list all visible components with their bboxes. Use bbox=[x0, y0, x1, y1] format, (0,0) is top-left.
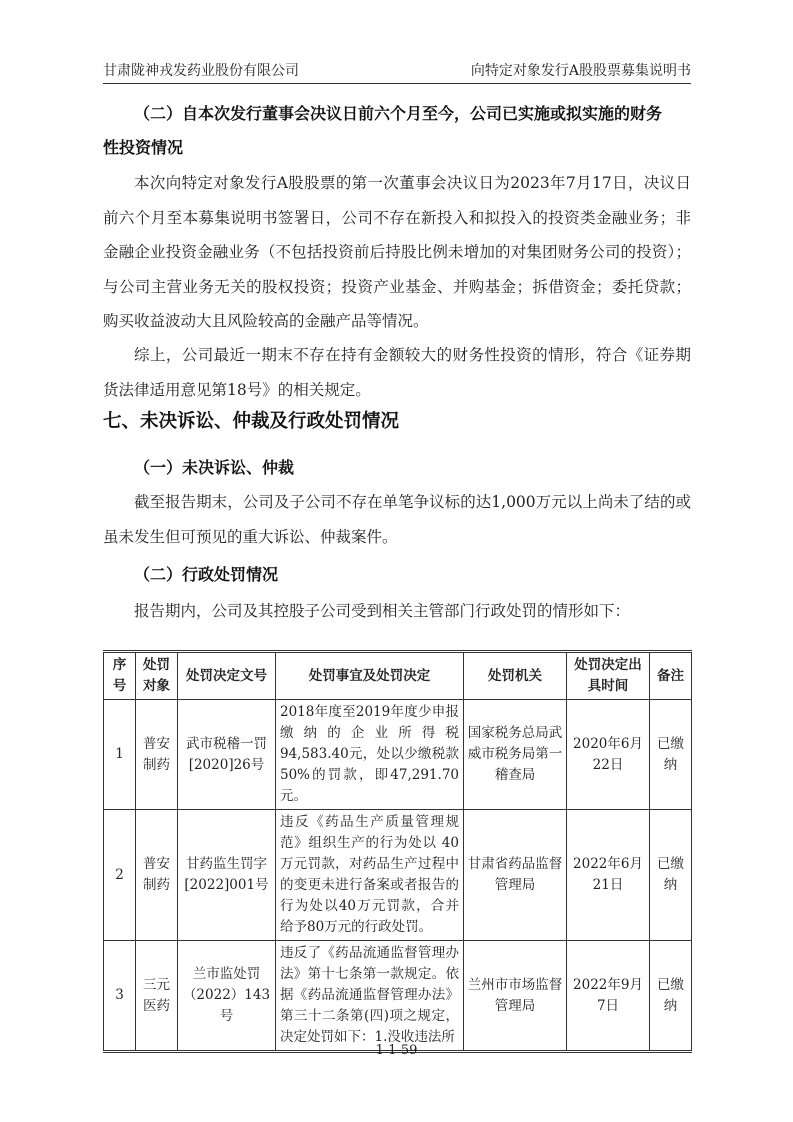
cell-no: 3 bbox=[104, 941, 136, 1052]
cell-doc-no: 甘药监生罚字[2022]001号 bbox=[178, 810, 276, 941]
header-company: 甘肃陇神戎发药业股份有限公司 bbox=[103, 60, 299, 80]
cell-doc-no: 武市税稽一罚[2020]26号 bbox=[178, 700, 276, 810]
col-header-doc-no: 处罚决定文号 bbox=[178, 652, 276, 700]
financial-para-1: 本次向特定对象发行A股股票的第一次董事会决议日为2023年7月17日，决议日前六… bbox=[103, 166, 691, 339]
cell-matter: 2018年度至2019年度少申报缴纳的企业所得税 94,583.40元，处以少缴… bbox=[276, 700, 464, 810]
cell-note: 已缴纳 bbox=[650, 700, 692, 810]
table-header-row: 序号 处罚对象 处罚决定文号 处罚事宜及处罚决定 处罚机关 处罚决定出具时间 备… bbox=[104, 652, 692, 700]
table-row: 2 普安制药 甘药监生罚字[2022]001号 违反《药品生产质量管理规范》组织… bbox=[104, 810, 692, 941]
cell-target: 三元医药 bbox=[136, 941, 178, 1052]
col-header-authority: 处罚机关 bbox=[464, 652, 567, 700]
table-row: 3 三元医药 兰市监处罚（2022）143号 违反了《药品流通监督管理办法》第十… bbox=[104, 941, 692, 1052]
cell-authority: 国家税务总局武威市税务局第一稽查局 bbox=[464, 700, 567, 810]
administrative-penalty-heading: （二）行政处罚情况 bbox=[103, 558, 691, 592]
col-header-matter: 处罚事宜及处罚决定 bbox=[276, 652, 464, 700]
cell-note: 已缴纳 bbox=[650, 941, 692, 1052]
litigation-para: 截至报告期末，公司及子公司不存在单笔争议标的达1,000万元以上尚未了结的或虽未… bbox=[103, 485, 691, 554]
cell-authority: 兰州市市场监督管理局 bbox=[464, 941, 567, 1052]
cell-target: 普安制药 bbox=[136, 810, 178, 941]
cell-matter: 违反《药品生产质量管理规范》组织生产的行为处以 40万元罚款，对药品生产过程中的… bbox=[276, 810, 464, 941]
financial-investment-heading: （二）自本次发行董事会决议日前六个月至今，公司已实施或拟实施的财务 bbox=[103, 97, 691, 131]
page-header: 甘肃陇神戎发药业股份有限公司 向特定对象发行A股股票募集说明书 bbox=[103, 58, 691, 84]
section-seven-heading: 七、未决诉讼、仲裁及行政处罚情况 bbox=[103, 407, 691, 437]
cell-authority: 甘肃省药品监督管理局 bbox=[464, 810, 567, 941]
administrative-penalty-para: 报告期内，公司及其控股子公司受到相关主管部门行政处罚的情形如下： bbox=[103, 594, 691, 629]
cell-no: 1 bbox=[104, 700, 136, 810]
col-header-note: 备注 bbox=[650, 652, 692, 700]
col-header-date: 处罚决定出具时间 bbox=[567, 652, 650, 700]
penalty-table: 序号 处罚对象 处罚决定文号 处罚事宜及处罚决定 处罚机关 处罚决定出具时间 备… bbox=[103, 650, 692, 1053]
financial-heading-line2: 性投资情况 bbox=[103, 131, 691, 165]
cell-no: 2 bbox=[104, 810, 136, 941]
table-row: 1 普安制药 武市税稽一罚[2020]26号 2018年度至2019年度少申报缴… bbox=[104, 700, 692, 810]
col-header-no: 序号 bbox=[104, 652, 136, 700]
cell-target: 普安制药 bbox=[136, 700, 178, 810]
cell-note: 已缴纳 bbox=[650, 810, 692, 941]
litigation-heading: （一）未决诉讼、仲裁 bbox=[103, 451, 691, 485]
cell-date: 2020年6月22日 bbox=[567, 700, 650, 810]
header-document-title: 向特定对象发行A股股票募集说明书 bbox=[471, 60, 691, 80]
cell-date: 2022年6月21日 bbox=[567, 810, 650, 941]
financial-heading-line1: （二）自本次发行董事会决议日前六个月至今，公司已实施或拟实施的财务 bbox=[103, 97, 691, 131]
col-header-target: 处罚对象 bbox=[136, 652, 178, 700]
cell-date: 2022年9月7日 bbox=[567, 941, 650, 1052]
page-number: 1-1-59 bbox=[0, 1043, 793, 1058]
cell-matter: 违反了《药品流通监督管理办法》第十七条第一款规定。依据《药品流通监督管理办法》第… bbox=[276, 941, 464, 1052]
financial-para-2: 综上，公司最近一期末不存在持有金额较大的财务性投资的情形，符合《证券期货法律适用… bbox=[103, 338, 691, 407]
cell-doc-no: 兰市监处罚（2022）143号 bbox=[178, 941, 276, 1052]
financial-investment-heading-cont: 性投资情况 bbox=[103, 131, 691, 165]
